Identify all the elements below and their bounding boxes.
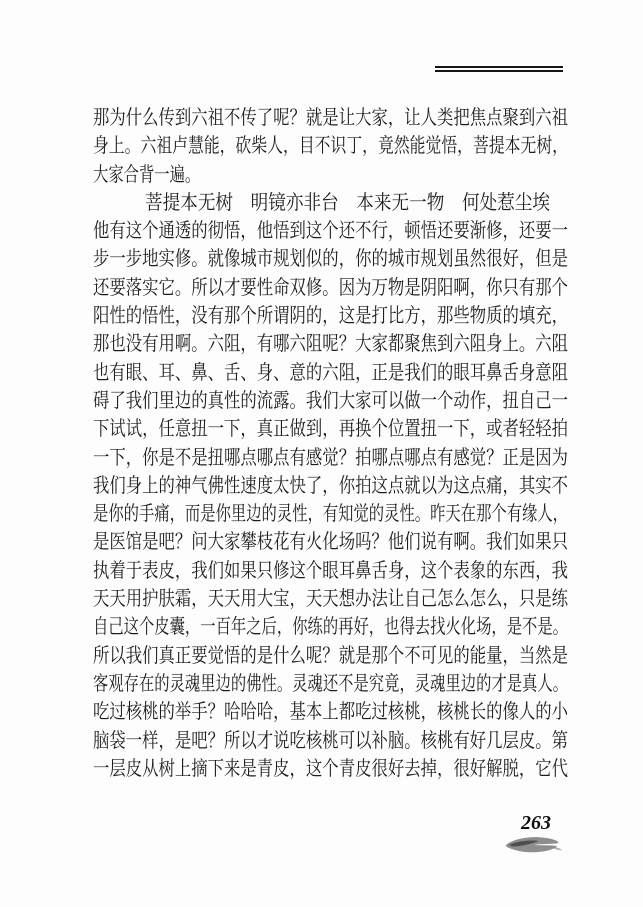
body-line: 我们身上的神气佛性速度太快了，你拍这点就以为这点痛，其实不 (93, 472, 568, 500)
body-line: 也有眼、耳、鼻、舌、身、意的六阻，正是我们的眼耳鼻舌身意阻 (93, 359, 568, 387)
verse-line: 菩提本无树 明镜亦非台 本来无一物 何处惹尘埃 (93, 189, 568, 217)
body-line: 还要落实它。所以才要性命双修。因为万物是阴阳啊，你只有那个 (93, 274, 568, 302)
body-line: 那也没有用啊。六阻，有哪六阻呢？大家都聚焦到六阻身上。六阻 (93, 330, 568, 358)
body-line: 阳性的悟性，没有那个所谓阴的，这是打比方，那些物质的填充， (93, 302, 568, 330)
text-block: 那为什么传到六祖不传了呢？就是让大家，让人类把焦点聚到六祖身上。六祖卢慧能，砍柴… (93, 104, 568, 783)
body-line: 脑袋一样，是吧？所以才说吃核桃可以补脑。核桃有好几层皮。第 (93, 727, 568, 755)
body-line: 他有这个通透的彻悟，他悟到这个还不行，顿悟还要渐修，还要一 (93, 217, 568, 245)
body-line: 步一步地实修。就像城市规划似的，你的城市规划虽然很好，但是 (93, 245, 568, 273)
body-line: 那为什么传到六祖不传了呢？就是让大家，让人类把焦点聚到六祖 (93, 104, 568, 132)
body-line: 是你的手痛，而是你里边的灵性，有知觉的灵性。昨天在那个有缘人， (93, 500, 568, 528)
body-line: 吃过核桃的举手？哈哈哈，基本上都吃过核桃，核桃长的像人的小 (93, 698, 568, 726)
body-line: 身上。六祖卢慧能，砍柴人，目不识丁，竟然能觉悟，菩提本无树， (93, 132, 568, 160)
header-double-rule (435, 66, 563, 72)
ink-brush-stroke-icon (502, 834, 564, 858)
body-line: 客观存在的灵魂里边的佛性。灵魂还不是究竟，灵魂里边的才是真人。 (93, 670, 568, 698)
body-line: 是医馆是吧？问大家攀枝花有火化场吗？他们说有啊。我们如果只 (93, 528, 568, 556)
body-line: 天天用护肤霜，天天用大宝，天天想办法让自己怎么怎么，只是练 (93, 585, 568, 613)
body-line: 一层皮从树上摘下来是青皮，这个青皮很好去掉，很好解脱，它代 (93, 755, 568, 783)
body-line: 碍了我们里边的真性的流露。我们大家可以做一个动作，扭自己一 (93, 387, 568, 415)
body-line: 自己这个皮囊，一百年之后，你练的再好，也得去找火化场，是不是。 (93, 613, 568, 641)
book-page: 那为什么传到六祖不传了呢？就是让大家，让人类把焦点聚到六祖身上。六祖卢慧能，砍柴… (0, 0, 643, 907)
body-line: 大家合背一遍。 (93, 161, 568, 189)
page-number: 263 (516, 812, 556, 835)
body-line: 执着于表皮，我们如果只修这个眼耳鼻舌身，这个表象的东西，我 (93, 557, 568, 585)
body-line: 下试试，任意扭一下，真正做到，再换个位置扭一下，或者轻轻拍 (93, 415, 568, 443)
body-line: 一下，你是不是扭哪点哪点有感觉？拍哪点哪点有感觉？正是因为 (93, 444, 568, 472)
body-line: 所以我们真正要觉悟的是什么呢？就是那个不可见的能量，当然是 (93, 642, 568, 670)
